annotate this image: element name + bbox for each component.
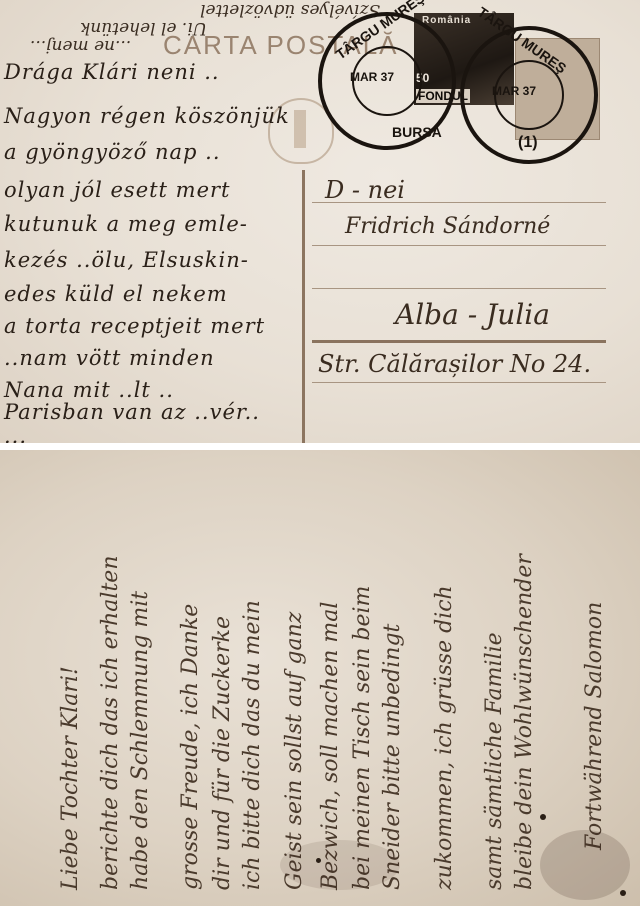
address-underline xyxy=(312,340,606,343)
paper-stain xyxy=(280,840,400,890)
letter-line: kezés ..ölu, Elsuskin- xyxy=(4,248,249,272)
address-divider xyxy=(302,170,305,443)
letter-line: ... xyxy=(4,424,27,443)
letter-line: Nana mit ..lt .. xyxy=(4,378,174,402)
address-line xyxy=(312,382,606,383)
letter-column: dir und für die Zuckerke xyxy=(210,616,235,890)
letter-column: ich bitte dich das du mein xyxy=(240,600,265,890)
address-salutation: D - nei xyxy=(325,176,405,204)
letter-signature: Fortwährend Salomon xyxy=(582,602,607,850)
upside-down-line: ...ne menj... xyxy=(30,36,131,56)
letter-column: berichte dich das ich erhalten xyxy=(98,556,123,891)
postmark-extra: (1) xyxy=(518,134,538,152)
letter-column: zukommen, ich grüsse dich xyxy=(432,585,457,890)
letter-line: ..nam vött minden xyxy=(4,346,215,370)
letter-line: Parisban van az ..vér.. xyxy=(4,400,260,424)
postmark: TÂRGU MUREŞ MAR 37 BURSA xyxy=(318,12,456,150)
letter-column: grosse Freude, ich Danke xyxy=(178,604,203,890)
postmark-date: MAR 37 xyxy=(492,84,536,98)
letter-line: Drága Klári neni .. xyxy=(4,60,220,84)
address-line xyxy=(312,288,606,289)
letter-column: habe den Schlemmung mit xyxy=(128,591,153,890)
postmark-extra: BURSA xyxy=(392,124,442,140)
postcard-front: Szívélyes üdvözlettel Ui. el lehetünk ..… xyxy=(0,0,640,443)
letter-line: kutunuk a meg emle- xyxy=(4,212,248,236)
letter-column: Liebe Tochter Klari! xyxy=(58,666,83,890)
address-line xyxy=(312,245,606,246)
postcard-back: Liebe Tochter Klari! berichte dich das i… xyxy=(0,450,640,906)
letter-line: a gyöngyöző nap .. xyxy=(4,140,221,164)
ink-speck xyxy=(620,890,626,896)
upside-down-line: Szívélyes üdvözlettel xyxy=(200,0,380,20)
letter-column: bleibe dein Wohlwünschender xyxy=(512,554,537,890)
paper-stain xyxy=(540,830,630,900)
address-street: Str. Călărașilor No 24. xyxy=(318,350,591,378)
address-line xyxy=(312,202,606,203)
address-name: Fridrich Sándorné xyxy=(345,214,550,239)
ink-speck xyxy=(540,814,546,820)
postmark-date: MAR 37 xyxy=(350,70,394,84)
letter-line: olyan jól esett mert xyxy=(4,178,231,202)
letter-line: Nagyon régen köszönjük xyxy=(4,104,290,128)
letter-line: a torta receptjeit mert xyxy=(4,314,265,338)
ink-speck xyxy=(316,858,321,863)
address-city: Alba - Julia xyxy=(395,298,550,331)
postmark: TÂRGU MUREŞ MAR 37 (1) xyxy=(460,26,598,164)
letter-line: edes küld el nekem xyxy=(4,282,228,306)
stamp-country: România xyxy=(422,15,471,26)
letter-column: samt sämtliche Familie xyxy=(482,632,507,890)
